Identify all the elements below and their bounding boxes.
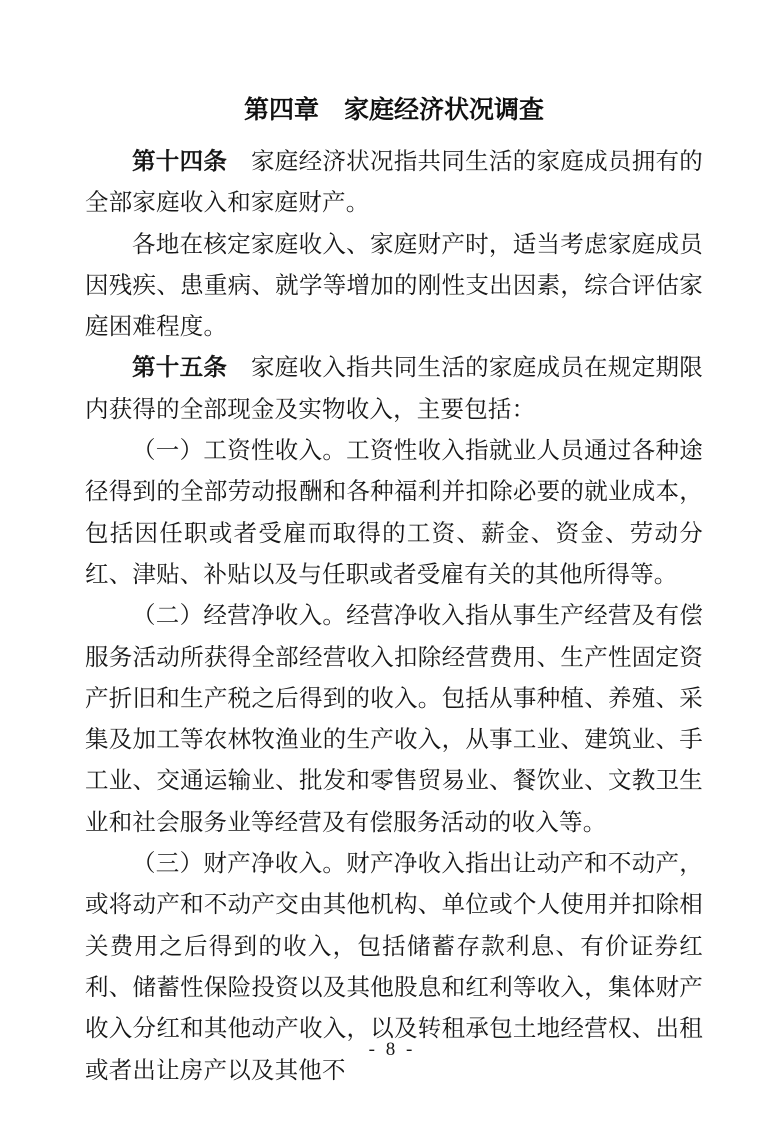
document-page: 第四章 家庭经济状况调查 第十四条 家庭经济状况指共同生活的家庭成员拥有的全部家…	[0, 0, 784, 1122]
paragraph: 第十四条 家庭经济状况指共同生活的家庭成员拥有的全部家庭收入和家庭财产。	[85, 142, 703, 225]
page-number: - 8 -	[0, 1039, 784, 1061]
paragraph-text: 各地在核定家庭收入、家庭财产时，适当考虑家庭成员因残疾、患重病、就学等增加的刚性…	[85, 232, 703, 341]
paragraph-text: （一）工资性收入。工资性收入指就业人员通过各种途径得到的全部劳动报酬和各种福利并…	[85, 438, 703, 588]
paragraph: （二）经营净收入。经营净收入指从事生产经营及有偿服务活动所获得全部经营收入扣除经…	[85, 596, 703, 844]
document-body: 第十四条 家庭经济状况指共同生活的家庭成员拥有的全部家庭收入和家庭财产。各地在核…	[85, 142, 703, 1092]
article-number: 第十四条	[132, 149, 227, 175]
paragraph: 第十五条 家庭收入指共同生活的家庭成员在规定期限内获得的全部现金及实物收入，主要…	[85, 348, 703, 431]
document-content: 第四章 家庭经济状况调查 第十四条 家庭经济状况指共同生活的家庭成员拥有的全部家…	[85, 94, 703, 1092]
chapter-title: 第四章 家庭经济状况调查	[85, 94, 703, 126]
paragraph-text: （二）经营净收入。经营净收入指从事生产经营及有偿服务活动所获得全部经营收入扣除经…	[85, 603, 703, 835]
article-number: 第十五条	[132, 355, 227, 381]
paragraph: （一）工资性收入。工资性收入指就业人员通过各种途径得到的全部劳动报酬和各种福利并…	[85, 431, 703, 596]
paragraph: 各地在核定家庭收入、家庭财产时，适当考虑家庭成员因残疾、患重病、就学等增加的刚性…	[85, 225, 703, 349]
